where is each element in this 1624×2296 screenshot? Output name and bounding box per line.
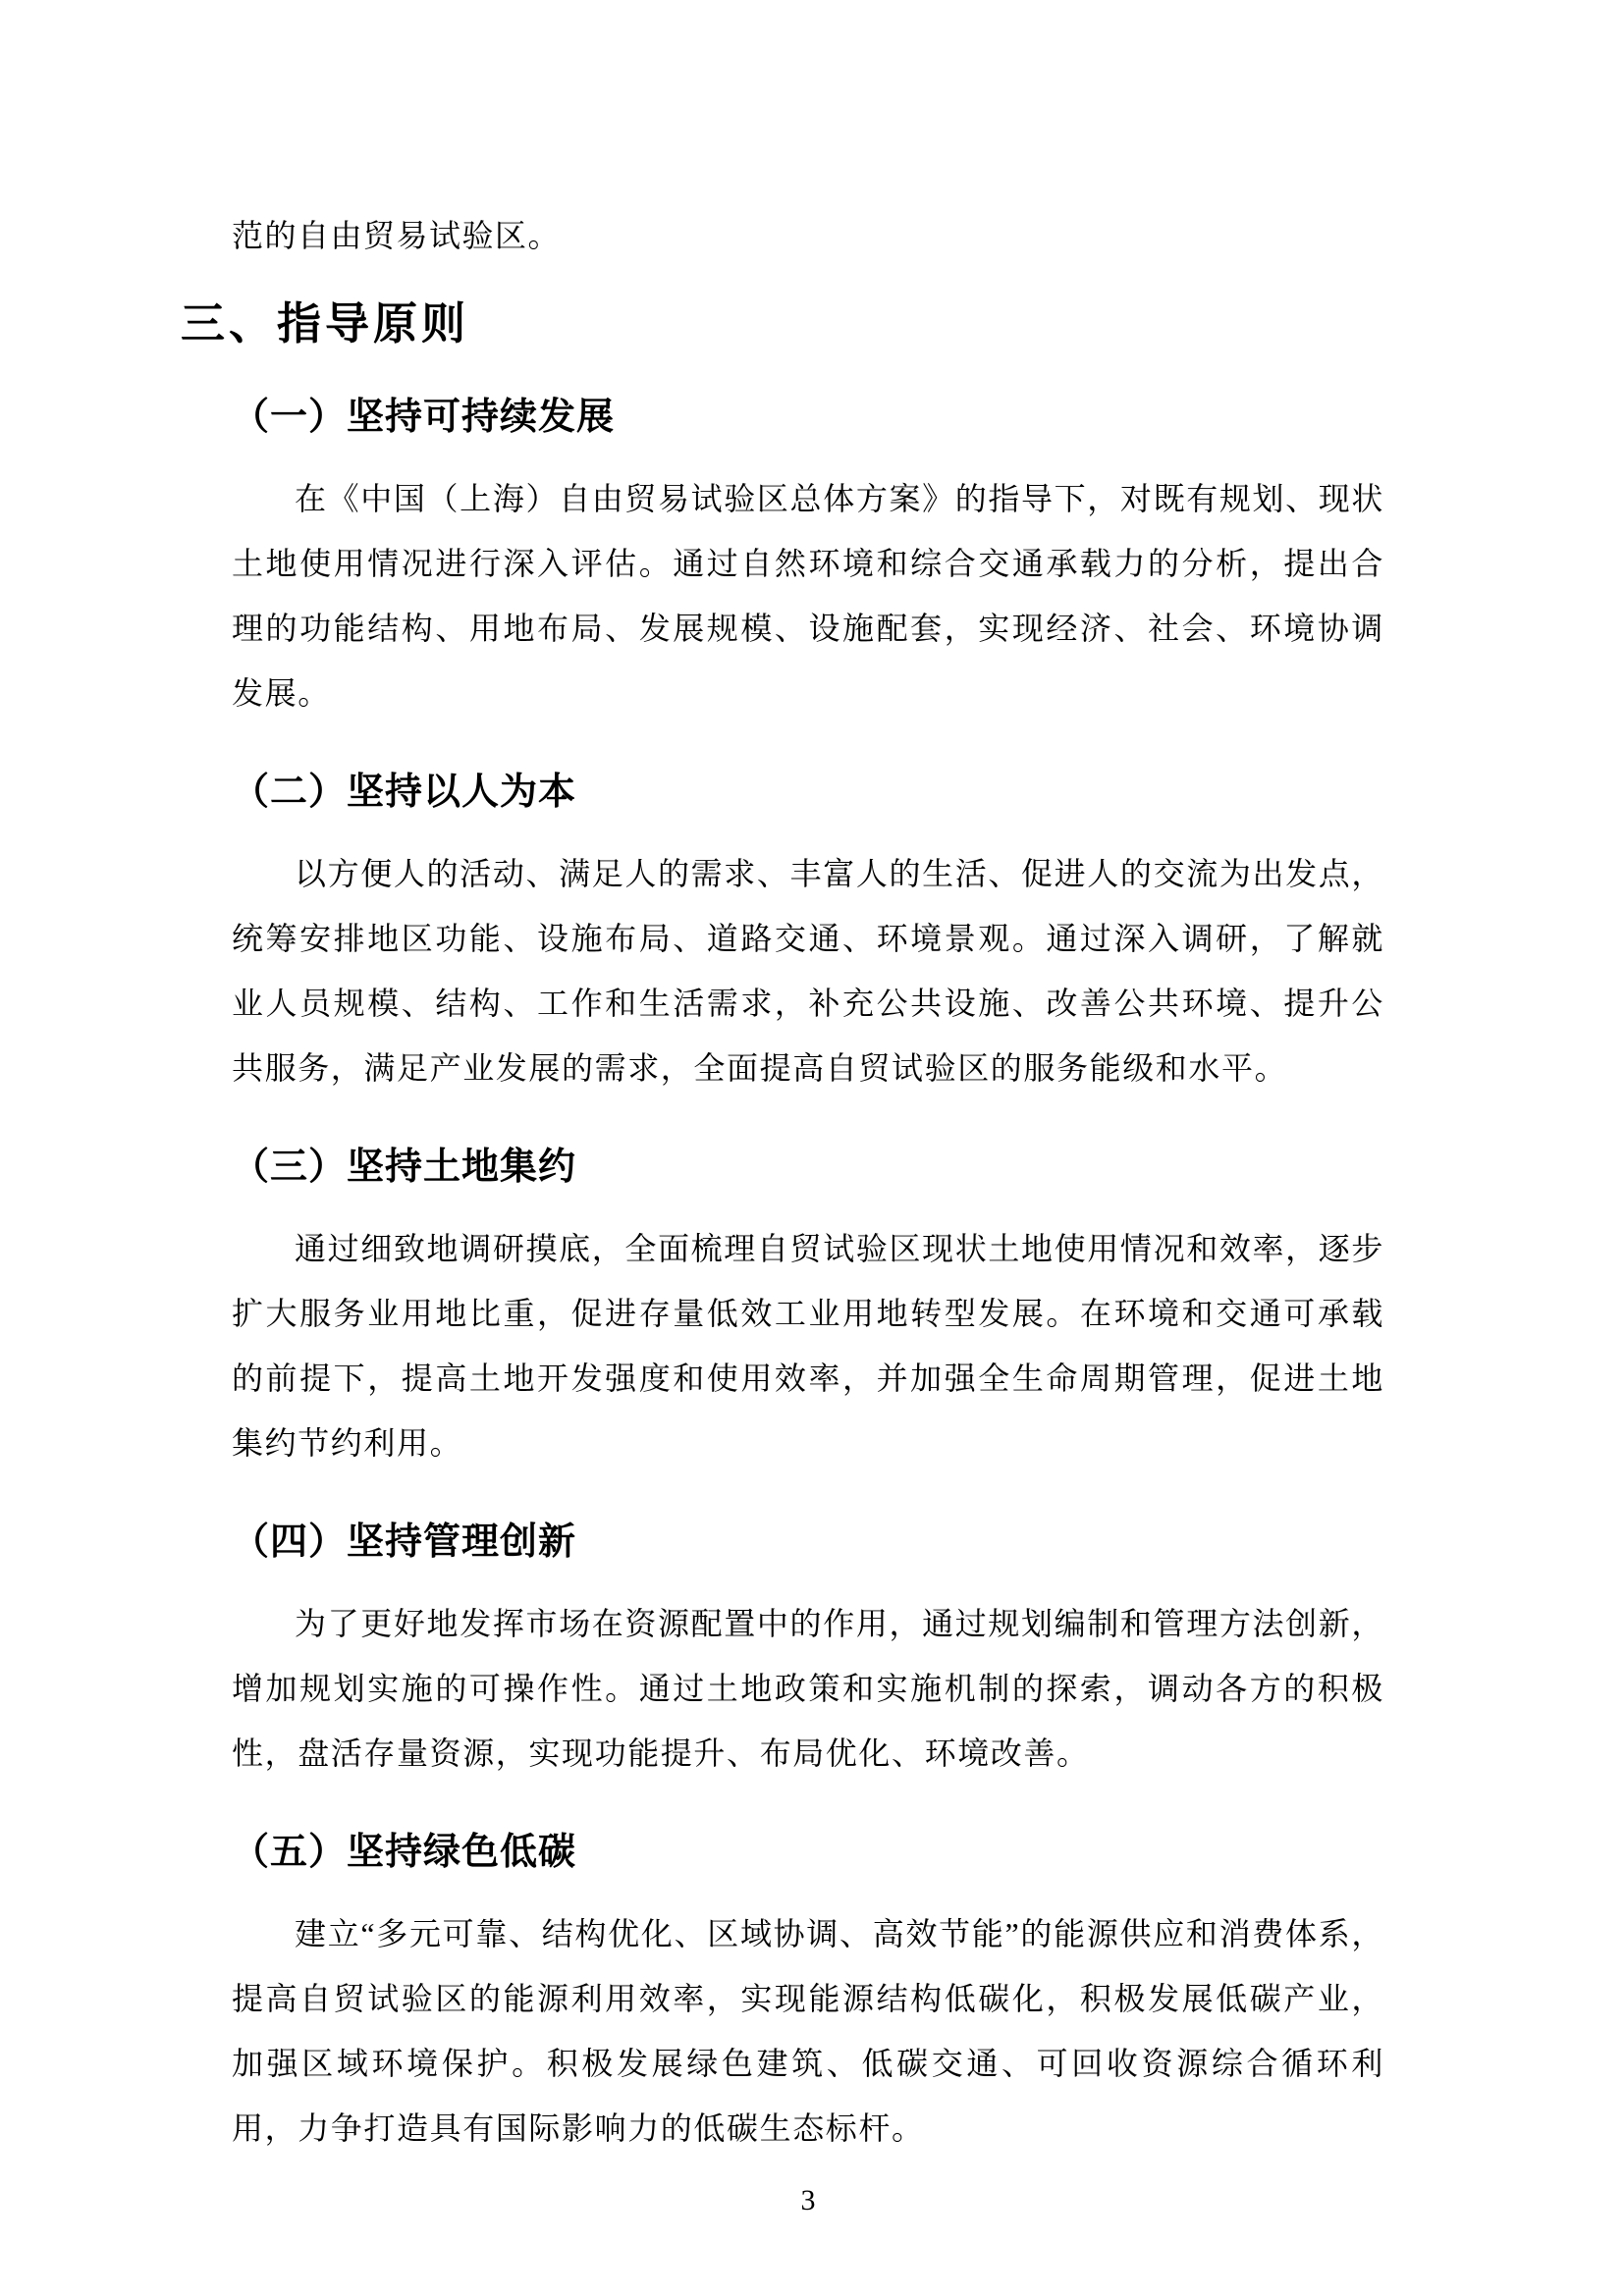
section-4: （四）坚持管理创新 为了更好地发挥市场在资源配置中的作用，通过规划编制和管理方法… [232,1519,1384,1786]
section-5-heading: （五）坚持绿色低碳 [232,1829,1384,1874]
section-4-heading: （四）坚持管理创新 [232,1519,1384,1564]
page-number: 3 [232,2180,1384,2221]
section-5: （五）坚持绿色低碳 建立“多元可靠、结构优化、区域协调、高效节能”的能源供应和消… [232,1829,1384,2161]
section-3: （三）坚持土地集约 通过细致地调研摸底，全面梳理自贸试验区现状土地使用情况和效率… [232,1144,1384,1475]
continuation-text: 范的自由贸易试验区。 [232,214,1384,258]
section-3-heading: （三）坚持土地集约 [232,1144,1384,1189]
document-page: 范的自由贸易试验区。 三、指导原则 （一）坚持可持续发展 在《中国（上海）自由贸… [0,0,1624,2296]
section-2: （二）坚持以人为本 以方便人的活动、满足人的需求、丰富人的生活、促进人的交流为出… [232,769,1384,1100]
section-1: （一）坚持可持续发展 在《中国（上海）自由贸易试验区总体方案》的指导下，对既有规… [232,394,1384,725]
section-4-paragraph: 为了更好地发挥市场在资源配置中的作用，通过规划编制和管理方法创新，增加规划实施的… [232,1591,1384,1786]
section-2-paragraph: 以方便人的活动、满足人的需求、丰富人的生活、促进人的交流为出发点，统筹安排地区功… [232,841,1384,1100]
section-1-heading: （一）坚持可持续发展 [232,394,1384,439]
section-5-paragraph: 建立“多元可靠、结构优化、区域协调、高效节能”的能源供应和消费体系，提高自贸试验… [232,1901,1384,2161]
section-3-paragraph: 通过细致地调研摸底，全面梳理自贸试验区现状土地使用情况和效率，逐步扩大服务业用地… [232,1216,1384,1475]
section-1-paragraph: 在《中国（上海）自由贸易试验区总体方案》的指导下，对既有规划、现状土地使用情况进… [232,466,1384,725]
chapter-heading: 三、指导原则 [181,297,1384,350]
section-2-heading: （二）坚持以人为本 [232,769,1384,814]
